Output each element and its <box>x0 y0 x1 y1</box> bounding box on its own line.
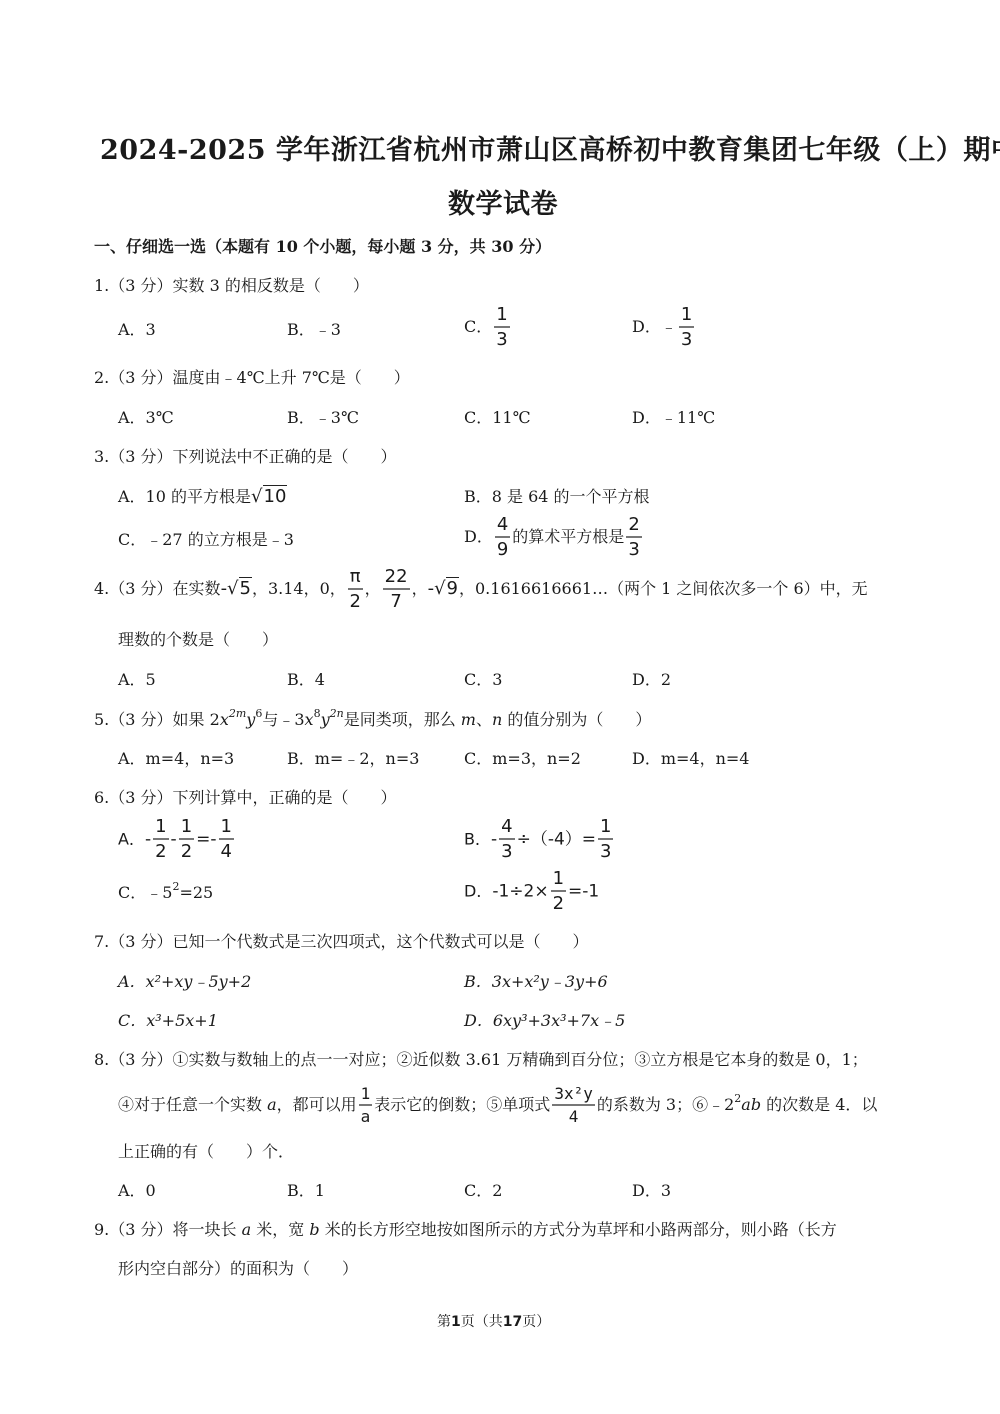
question-stem: 实数 3 的相反数是（ ） <box>173 276 369 295</box>
question-2: 2.（3 分）温度由﹣4℃上升 7℃是（ ） <box>94 365 410 388</box>
q1-option-b: B．﹣3 <box>287 317 341 340</box>
sqrt-expression: -√9 <box>428 577 459 599</box>
fraction: 13 <box>679 306 694 349</box>
q2-option-b: B．﹣3℃ <box>287 405 359 428</box>
q1-option-d: D．﹣13 <box>632 306 696 349</box>
question-4: 4.（3 分）在实数-√5，3.14，0，π2，227，-√9，0.161661… <box>94 568 868 611</box>
q5-option-c: C．m=3，n=2 <box>464 746 581 769</box>
question-3: 3.（3 分）下列说法中不正确的是（ ） <box>94 444 397 467</box>
question-8: 8.（3 分）①实数与数轴上的点一一对应；②近似数 3.61 万精确到百分位；③… <box>94 1047 868 1070</box>
question-9: 9.（3 分）将一块长 a 米，宽 b 米的长方形空地按如图所示的方式分为草坪和… <box>94 1217 837 1240</box>
q8-option-b: B．1 <box>287 1178 325 1201</box>
q2-option-d: D．﹣11℃ <box>632 405 715 428</box>
question-6: 6.（3 分）下列计算中，正确的是（ ） <box>94 785 397 808</box>
question-4-line2: 理数的个数是（ ） <box>118 627 278 650</box>
q1-option-c: C．13 <box>464 306 512 349</box>
fraction: 227 <box>383 568 410 611</box>
q7-option-b: B．3x+x²y﹣3y+6 <box>464 969 608 992</box>
q5-option-d: D．m=4，n=4 <box>632 746 749 769</box>
question-9-line2: 形内空白部分）的面积为（ ） <box>118 1256 358 1279</box>
q6-option-c: C．﹣52=25 <box>118 880 213 903</box>
fraction: π2 <box>348 568 363 611</box>
question-7: 7.（3 分）已知一个代数式是三次四项式，这个代数式可以是（ ） <box>94 929 589 952</box>
page-footer: 第1页（共17页） <box>437 1311 550 1331</box>
q5-option-a: A．m=4，n=3 <box>118 746 234 769</box>
q8-option-d: D．3 <box>632 1178 671 1201</box>
sqrt-expression: -√5 <box>221 577 252 599</box>
question-5: 5.（3 分）如果 2x2my6与﹣3x8y2n是同类项，那么 m、n 的值分别… <box>94 707 651 730</box>
question-8-line2: ④对于任意一个实数 a，都可以用1a表示它的倒数；⑤单项式3x²y4的系数为 3… <box>118 1086 877 1125</box>
section-header: 一、仔细选一选（本题有 10 个小题，每小题 3 分，共 30 分） <box>94 234 551 257</box>
q6-option-a: A．-12-12=-14 <box>118 818 236 861</box>
q4-option-a: A．5 <box>118 667 156 690</box>
q7-option-d: D．6xy³+3x³+7x﹣5 <box>464 1008 625 1031</box>
q2-option-a: A．3℃ <box>118 405 174 428</box>
q3-option-d: D．49的算术平方根是23 <box>464 516 644 559</box>
question-8-line3: 上正确的有（ ）个． <box>118 1139 294 1162</box>
q4-option-b: B．4 <box>287 667 325 690</box>
q8-option-c: C．2 <box>464 1178 502 1201</box>
q7-option-c: C．x³+5x+1 <box>118 1008 218 1031</box>
q3-option-b: B．8 是 64 的一个平方根 <box>464 484 650 507</box>
q2-option-c: C．11℃ <box>464 405 531 428</box>
page-title-line2: 数学试卷 <box>448 182 558 221</box>
q6-option-d: D．-1÷2×12=-1 <box>464 870 599 913</box>
fraction: 13 <box>494 306 509 349</box>
fraction: 49 <box>495 516 510 559</box>
q4-option-c: C．3 <box>464 667 502 690</box>
q3-option-c: C．﹣27 的立方根是﹣3 <box>118 527 294 550</box>
q5-option-b: B．m=﹣2，n=3 <box>287 746 419 769</box>
q6-option-b: B．-43÷（-4）=13 <box>464 818 615 861</box>
question-number: 1. <box>94 276 109 295</box>
q7-option-a: A．x²+xy﹣5y+2 <box>118 969 251 992</box>
question-score: （3 分） <box>109 276 172 295</box>
question-1: 1.（3 分）实数 3 的相反数是（ ） <box>94 273 369 296</box>
q8-option-a: A．0 <box>118 1178 156 1201</box>
fraction: 23 <box>626 516 641 559</box>
page-title-line1: 2024-2025 学年浙江省杭州市萧山区高桥初中教育集团七年级（上）期中 <box>100 128 1000 167</box>
q4-option-d: D．2 <box>632 667 671 690</box>
sqrt-expression: √10 <box>251 485 287 507</box>
q3-option-a: A．10 的平方根是√10 <box>118 484 287 507</box>
q1-option-a: A．3 <box>118 317 156 340</box>
